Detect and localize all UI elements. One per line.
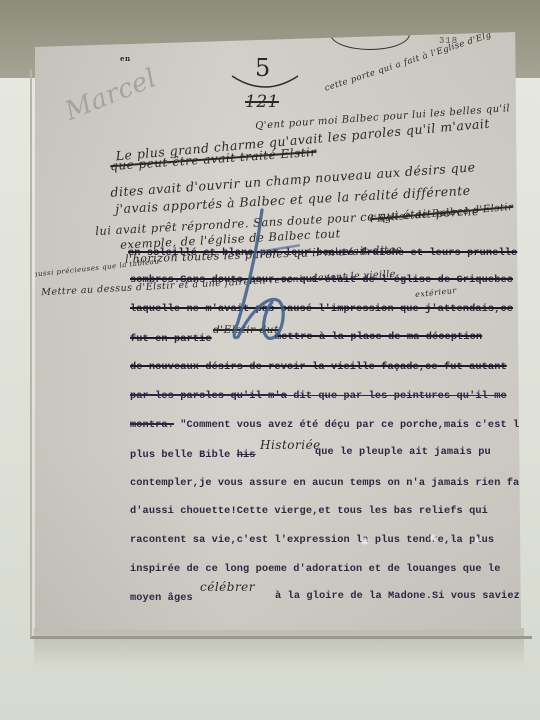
typed-text: inspirée de ce long poeme d'adoration et… (130, 563, 500, 575)
typed-text: d'aussi chouette!Cette vierge,et tous le… (130, 505, 488, 517)
typed-text: laquelle ne m'avait pas causé l'impressi… (130, 303, 513, 315)
typed-text: fut en partie (130, 333, 212, 345)
typed-line: d'aussi chouette!Cette vierge,et tous le… (130, 505, 488, 517)
struck-section-number: 121 (245, 92, 279, 112)
typed-line: plus belle Bible his (130, 449, 256, 461)
typed-line: fut en partie (130, 333, 212, 345)
typed-text: racontent sa vie,c'est l'expression la p… (130, 534, 494, 546)
typed-line: de nouveaux désirs de revoir la vieille … (130, 361, 507, 373)
typed-text: de nouveaux désirs de revoir la vieille … (130, 361, 507, 373)
section-arc-icon (230, 74, 300, 94)
glass-reflection (362, 538, 368, 544)
typed-text: dit que par les peintures qu'il me (287, 390, 507, 402)
typed-line: mettre à la place de ma déception (275, 331, 482, 343)
typed-text: plus belle Bible (130, 449, 237, 461)
left-mark: en (120, 54, 131, 63)
typed-line: laquelle ne m'avait pas causé l'impressi… (130, 303, 513, 315)
typed-text: en soleillé et blanc par leur beauté fra… (128, 247, 524, 259)
glass-reflection (475, 538, 480, 542)
typed-line: par les paroles qu'il m'a dit que par le… (130, 390, 507, 402)
paper-shadow (34, 628, 524, 668)
typed-text: montra. (130, 419, 174, 431)
manuscript-page: 208 121 bis 122 bis 318 en Marcel 5 121 … (35, 32, 521, 630)
typed-line: racontent sa vie,c'est l'expression la p… (130, 534, 494, 546)
typed-text: mettre à la place de ma déception (275, 331, 482, 343)
typed-line: en soleillé et blanc par leur beauté fra… (128, 247, 524, 259)
typed-line: que le pleuple ait jamais pu (315, 446, 491, 458)
typed-text: à la gloire de la Madone.Si vous saviez (275, 590, 520, 602)
typed-line: montra. "Comment vous avez été déçu par … (130, 419, 526, 431)
typed-text: sombres.Sans doute pour ce qui était de … (130, 274, 513, 286)
typed-text: his (237, 449, 256, 461)
glass-reflection (430, 535, 436, 541)
typed-line: contempler,je vous assure en aucun temps… (130, 477, 532, 489)
typed-text: contempler,je vous assure en aucun temps… (130, 477, 532, 489)
typed-line: sombres.Sans doute pour ce qui était de … (130, 274, 513, 286)
typed-text: par les paroles qu'il m'a (130, 390, 287, 402)
typed-text: "Comment vous avez été déçu par ce porch… (180, 419, 525, 431)
insertion-celebrer: célébrer (200, 580, 255, 594)
insertion-historiee: Historiée (260, 438, 321, 452)
typed-text: que le pleuple ait jamais pu (315, 446, 491, 458)
typed-line: moyen âges (130, 592, 193, 604)
typed-line: inspirée de ce long poeme d'adoration et… (130, 563, 500, 575)
typed-text: moyen âges (130, 592, 193, 604)
typed-line: à la gloire de la Madone.Si vous saviez (275, 590, 520, 602)
blue-pencil-mark-icon (220, 202, 300, 352)
